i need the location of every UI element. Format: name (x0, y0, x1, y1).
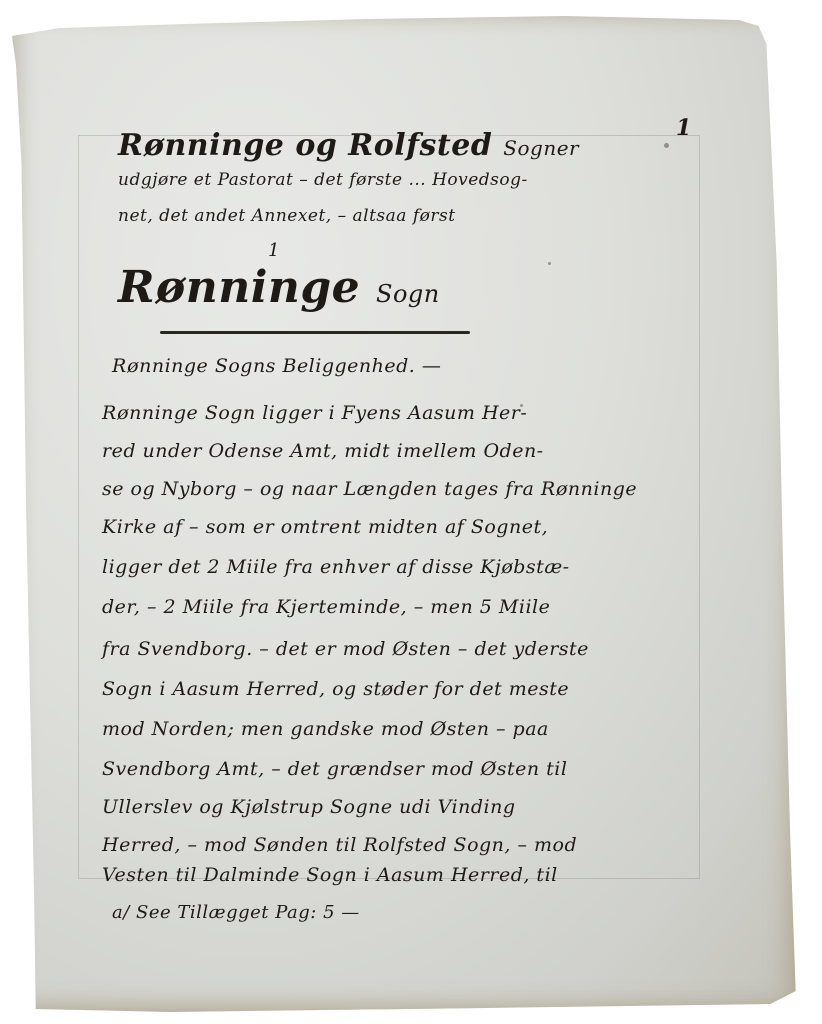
subtitle-line-1: udgjøre et Pastorat – det første ... Hov… (118, 170, 528, 190)
body-line: Rønninge Sogn ligger i Fyens Aasum Her- (102, 402, 527, 424)
body-line: Ullerslev og Kjølstrup Sogne udi Vinding (102, 796, 515, 818)
heading-suffix: Sogn (376, 280, 440, 308)
body-line: red under Odense Amt, midt imellem Oden- (102, 440, 544, 462)
footnote: a/ See Tillægget Pag: 5 — (112, 902, 360, 923)
ink-spot (548, 262, 551, 265)
page-number: 1 (676, 115, 692, 141)
parish-heading: Rønninge Sogn (118, 262, 440, 313)
heading-main: Rønninge (118, 262, 360, 313)
document-title: Rønninge og Rolfsted Sogner (118, 128, 579, 163)
title-main: Rønninge og Rolfsted (118, 128, 492, 163)
section-heading: Rønninge Sogns Beliggenhed. — (112, 355, 441, 377)
body-line: Kirke af – som er omtrent midten af Sogn… (102, 516, 548, 538)
heading-insert-mark: 1 (268, 240, 280, 261)
subtitle-line-2: net, det andet Annexet, – altsaa først (118, 206, 456, 226)
body-line: Vesten til Dalminde Sogn i Aasum Herred,… (102, 864, 558, 886)
body-line: ligger det 2 Miile fra enhver af disse K… (102, 556, 570, 578)
body-line: Herred, – mod Sønden til Rolfsted Sogn, … (102, 834, 577, 856)
ink-spot (664, 143, 669, 148)
body-line: der, – 2 Miile fra Kjertemindе, – men 5 … (102, 596, 550, 618)
body-line: se og Nyborg – og naar Længden tages fra… (102, 478, 637, 500)
body-line: Sogn i Aasum Herred, og støder for det m… (102, 678, 569, 700)
body-line: Svendborg Amt, – det grændser mod Østen … (102, 758, 567, 780)
heading-underline (160, 331, 470, 334)
body-line: fra Svendborg. – det er mod Østen – det … (102, 638, 589, 660)
body-line: mod Norden; men gandske mod Østen – paa (102, 718, 549, 740)
title-suffix: Sogner (503, 136, 579, 160)
